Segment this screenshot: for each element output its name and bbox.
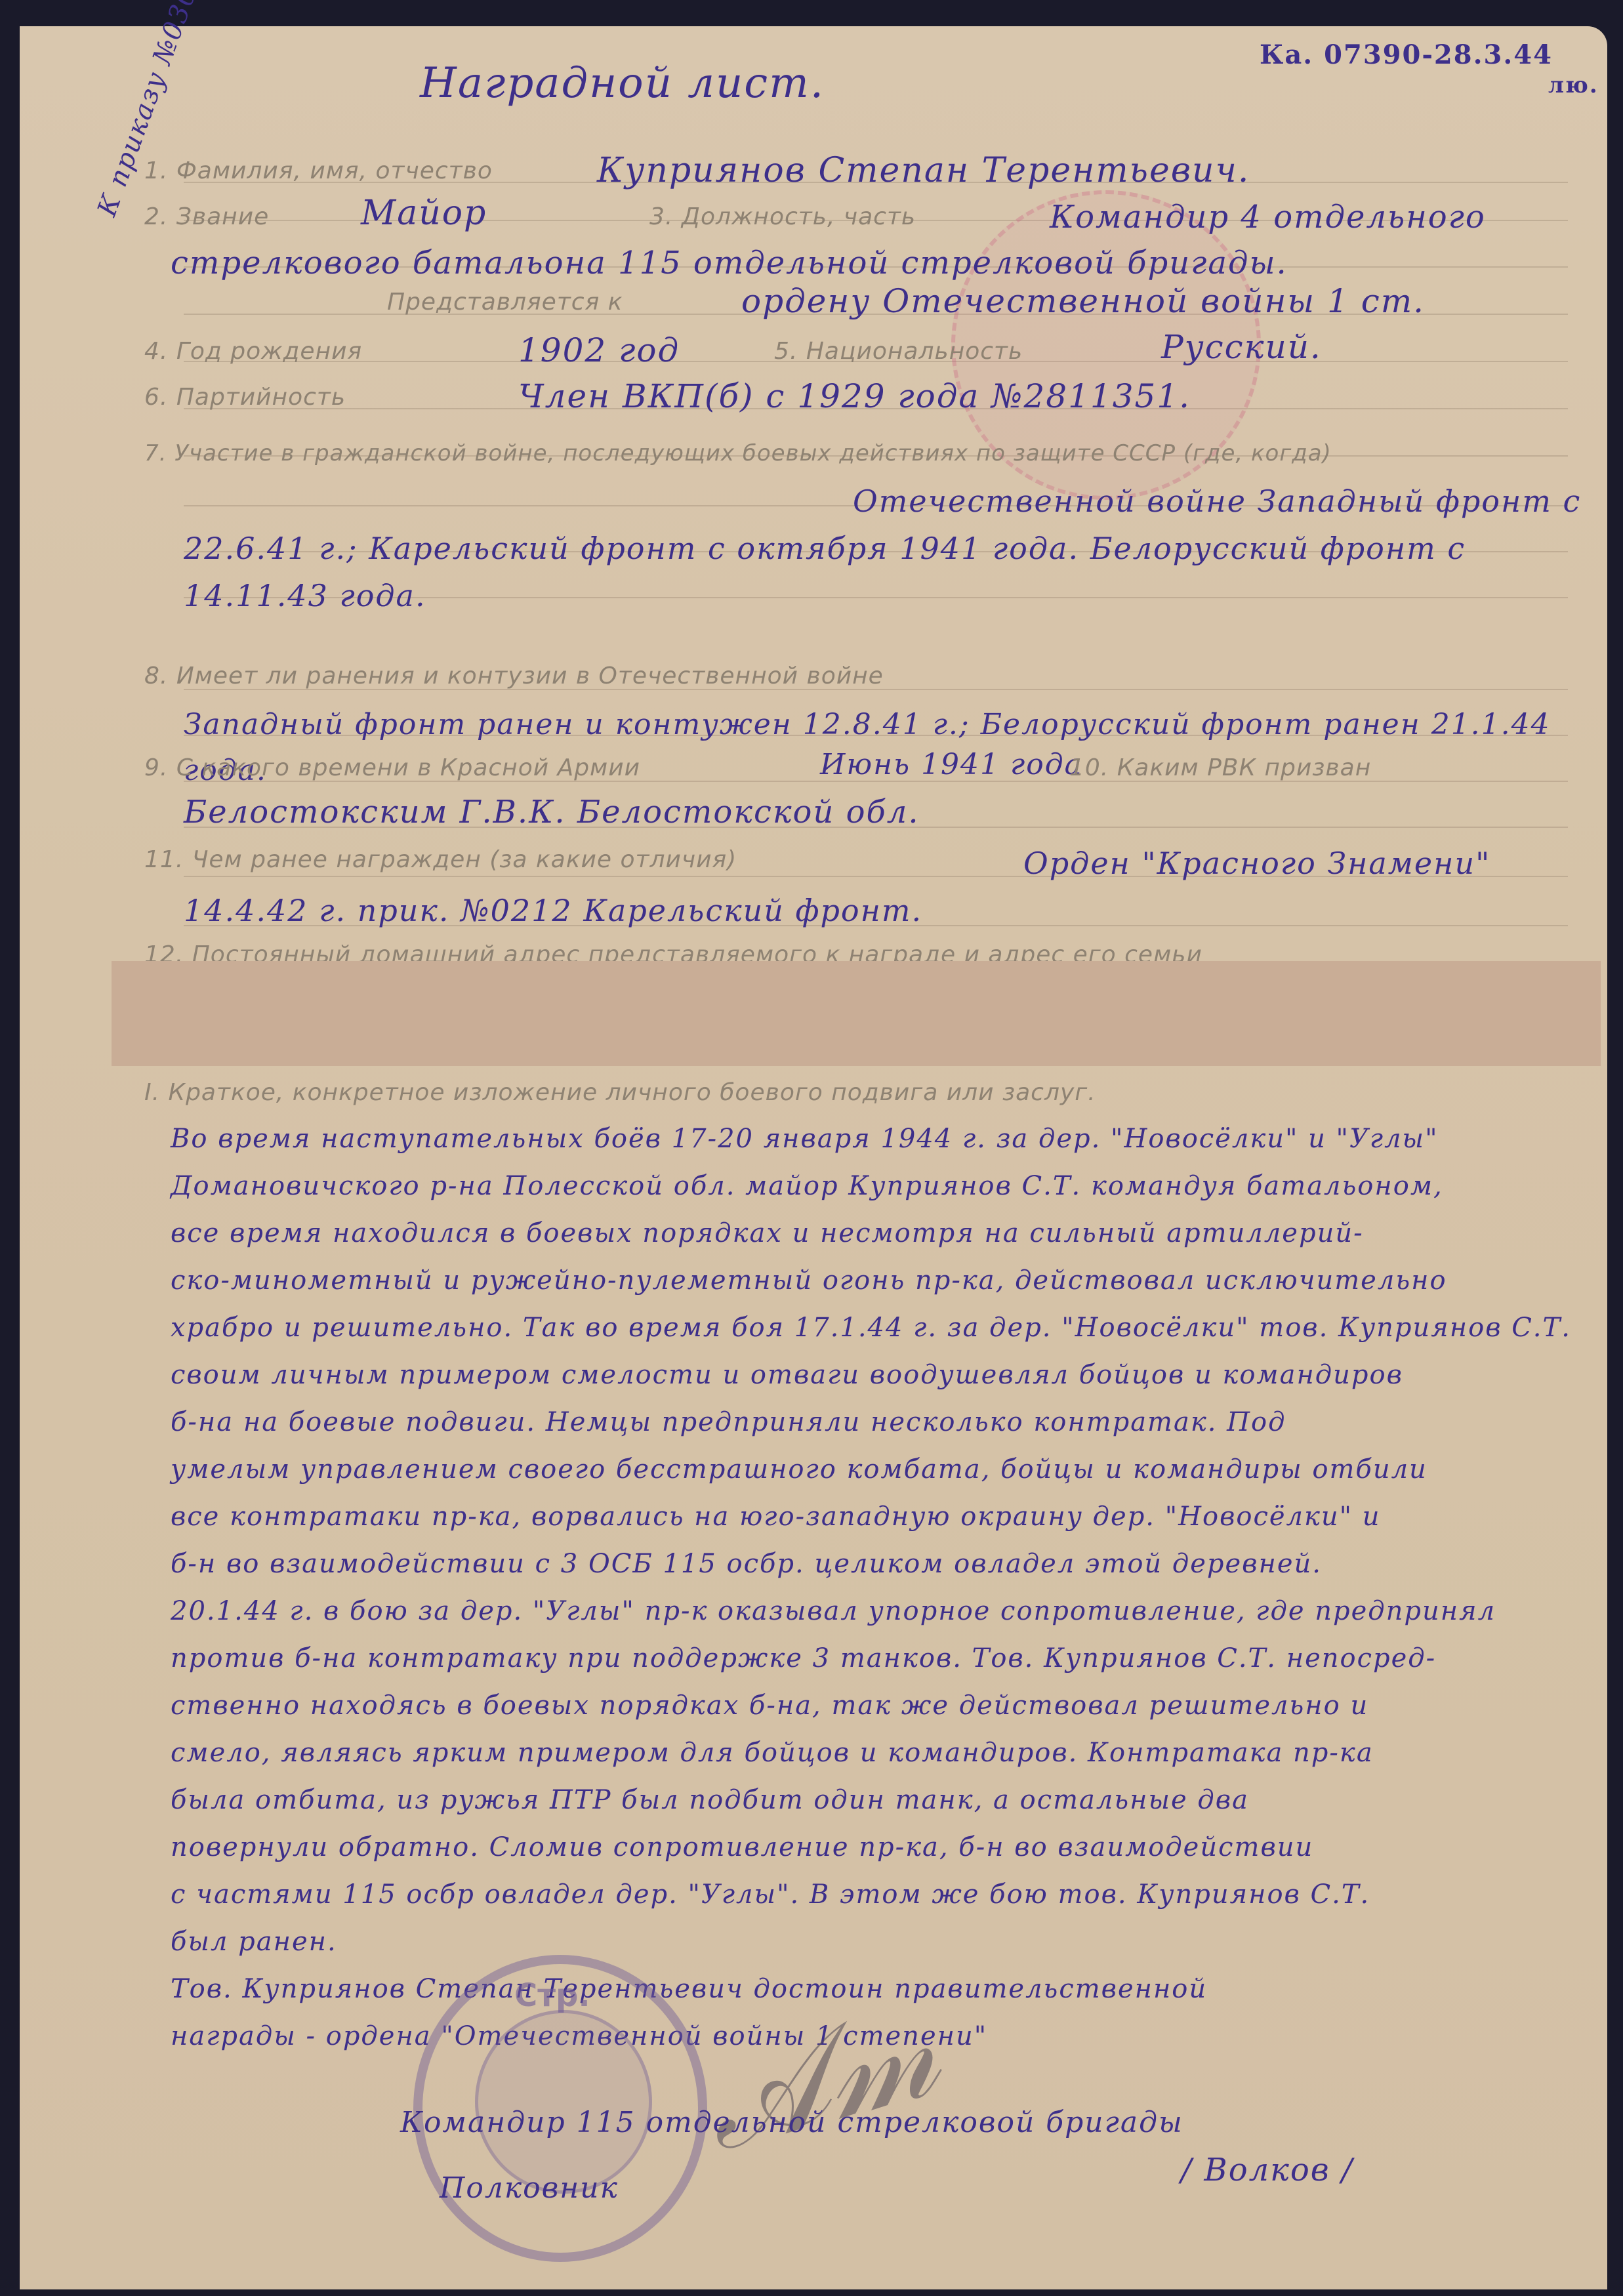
registry-note: Ка. 07390-28.3.44 [1260, 39, 1553, 70]
field-4-label: 4. Год рождения [144, 338, 362, 365]
summary-line: все время находился в боевых порядках и … [171, 1210, 1601, 1257]
seal-text: Стр. [514, 1977, 590, 2014]
award-sheet-page: Наградной лист. Ка. 07390-28.3.44 лю. К … [20, 26, 1607, 2289]
summary-line: своим личным примером смелости и отваги … [171, 1351, 1601, 1399]
summary-line: против б-на контратаку при поддержке 3 т… [171, 1635, 1601, 1682]
field-9-value: Июнь 1941 года [820, 748, 1083, 781]
field-11-value: Орден "Красного Знамени" 14.4.42 г. прик… [184, 840, 1594, 934]
summary-line: повернули обратно. Сломив сопротивление … [171, 1824, 1601, 1871]
summary-line: все контратаки пр-ка, ворвались на юго-з… [171, 1493, 1601, 1540]
field-10-label: 10. Каким РВК призван [1069, 754, 1371, 781]
field-6-label: 6. Партийность [144, 384, 346, 411]
margin-order-note: К приказу №0300/н [92, 0, 219, 220]
field-7-label: 7. Участие в гражданской войне, последую… [144, 430, 1588, 477]
summary-text: Во время наступательных боёв 17-20 январ… [171, 1115, 1601, 2060]
summary-line: Домановичского р-на Полесской обл. майор… [171, 1162, 1601, 1210]
presented-to-label: Представляется к [387, 289, 623, 316]
summary-line: с частями 115 осбр овладел дер. "Углы". … [171, 1871, 1601, 1918]
field-1-label: 1. Фамилия, имя, отчество [144, 157, 493, 184]
field-6-value: Член ВКП(б) с 1929 года №2811351. [518, 377, 1191, 415]
summary-line: б-на на боевые подвиги. Немцы предпринял… [171, 1399, 1601, 1446]
field-3-value: Командир 4 отдельного стрелкового баталь… [171, 194, 1581, 286]
signatory-rank: Полковник [440, 2171, 619, 2205]
field-8-label: 8. Имеет ли ранения и контузии в Отечест… [144, 663, 884, 689]
field-1-value: Куприянов Степан Терентьевич. [597, 151, 1250, 190]
presented-to-value: ордену Отечественной войны 1 ст. [741, 282, 1425, 320]
registry-note-2: лю. [1548, 72, 1599, 98]
summary-line: храбро и решительно. Так во время боя 17… [171, 1304, 1601, 1351]
summary-line: ственно находясь в боевых порядках б-на,… [171, 1682, 1601, 1729]
field-7-value: Отечественной войне Западный фронт с 22.… [184, 478, 1594, 619]
field-4-value: 1902 год [518, 331, 680, 369]
summary-line: Во время наступательных боёв 17-20 январ… [171, 1115, 1601, 1162]
summary-line: умелым управлением своего бесстрашного к… [171, 1446, 1601, 1493]
field-5-label: 5. Национальность [774, 338, 1023, 365]
signatory-name: / Волков / [1181, 2152, 1353, 2188]
field-9-label: 9. С какого времени в Красной Армии [144, 754, 640, 781]
seal-emblem [475, 2010, 652, 2194]
document-title: Наградной лист. [420, 59, 825, 108]
summary-label: I. Краткое, конкретное изложение личного… [144, 1079, 1096, 1106]
redacted-block [112, 961, 1601, 1066]
summary-line: 20.1.44 г. в бою за дер. "Углы" пр-к ока… [171, 1588, 1601, 1635]
field-5-value: Русский. [1161, 328, 1322, 366]
summary-line: б-н во взаимодействии с 3 ОСБ 115 осбр. … [171, 1540, 1601, 1588]
summary-line: смело, являясь ярким примером для бойцов… [171, 1729, 1601, 1776]
summary-line: ско-минометный и ружейно-пулеметный огон… [171, 1257, 1601, 1304]
summary-line: была отбита, из ружья ПТР был подбит оди… [171, 1776, 1601, 1824]
summary-line: был ранен. [171, 1918, 1601, 1965]
signatory-position: Командир 115 отдельной стрелковой бригад… [400, 2106, 1183, 2139]
field-10-value: Белостокским Г.В.К. Белостокской обл. [184, 794, 920, 830]
